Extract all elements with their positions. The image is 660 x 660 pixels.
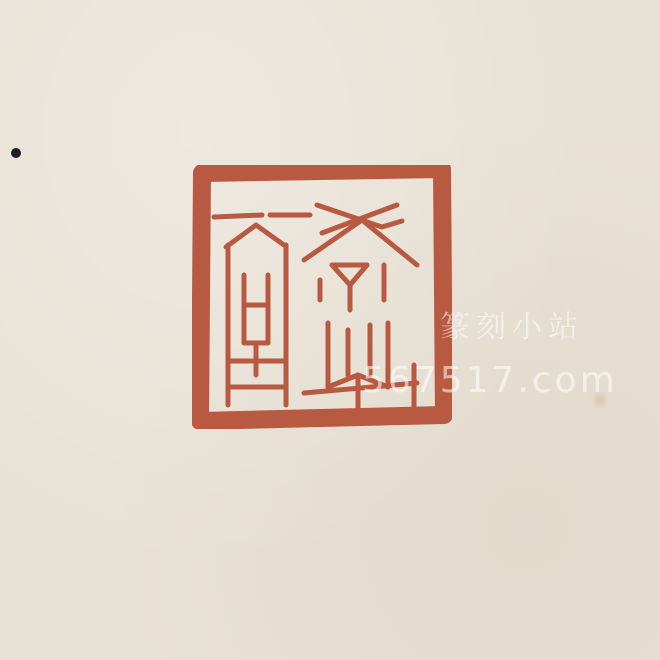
- ink-dot: [11, 148, 21, 158]
- watermark-title: 篆刻小站: [440, 302, 584, 346]
- watermark-url: 567517.com: [362, 360, 618, 401]
